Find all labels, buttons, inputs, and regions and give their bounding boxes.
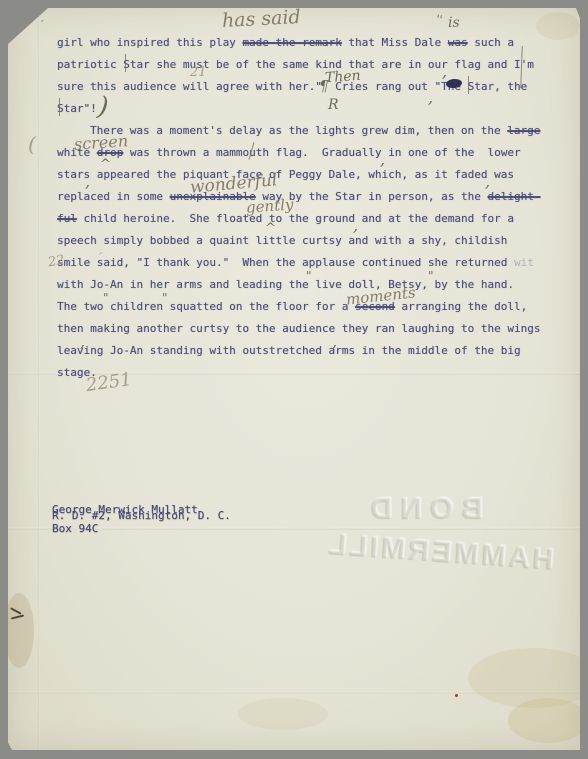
typed-text: stars appeared the piquant face of Peggy… <box>57 168 514 181</box>
inserted-comma: , <box>85 174 90 190</box>
inserted-comma: , <box>428 90 433 106</box>
typed-line: smile said, "I thank you." When the appl… <box>57 256 534 270</box>
inserted-comma: , <box>80 334 85 350</box>
capital-slash <box>59 98 60 116</box>
typed-text: such a <box>468 36 514 49</box>
typed-line: then making another curtsy to the audien… <box>57 322 540 336</box>
photo-background: BOND HAMMERMILL girl who inspired this p… <box>0 0 588 759</box>
inserted-quote: " <box>162 292 168 304</box>
handwritten-then: Then <box>325 69 362 85</box>
inserted-quote: " <box>428 270 434 282</box>
inserted-comma: , <box>442 64 447 80</box>
struck-text: delight- <box>487 190 540 203</box>
typed-text: leaving Jo-An standing with outstretched… <box>57 344 521 357</box>
typed-text: girl who inspired this play <box>57 36 242 49</box>
age-stain <box>508 698 580 743</box>
typed-text: Star"! <box>57 102 97 115</box>
typed-line: Star"! <box>57 102 97 116</box>
capital-slash <box>468 76 469 94</box>
pencil-tick: ´ <box>96 252 102 264</box>
inserted-quote: " <box>103 292 109 304</box>
handwritten-screen: screen <box>74 133 129 153</box>
pencil-paren: ( <box>28 134 36 154</box>
typed-text: arranging the doll, <box>395 300 527 313</box>
insert-ticks: '' <box>435 13 443 25</box>
typed-text: with Jo-An in her arms and leading the l… <box>57 278 514 291</box>
pencil-tick: ´ <box>38 20 44 31</box>
typed-line: with Jo-An in her arms and leading the l… <box>57 278 514 292</box>
typed-text: There was a moment's delay as the lights… <box>90 124 507 137</box>
struck-text: ful <box>57 212 77 225</box>
manuscript-page: BOND HAMMERMILL girl who inspired this p… <box>8 8 580 750</box>
struck-text: large <box>507 124 540 137</box>
struck-text: made the remark <box>242 36 341 49</box>
faded-text: wit <box>514 256 534 269</box>
insert-caret: ^ <box>100 158 111 171</box>
typed-line: speech simply bobbed a quaint little cur… <box>57 234 507 248</box>
pencil-number-21: 21 <box>190 66 207 79</box>
age-stain <box>536 12 580 40</box>
author-address-line: R. D. #2, Washington, D. C. <box>52 509 231 522</box>
typed-line: The two children squatted on the floor f… <box>57 300 527 314</box>
typed-text: smile said, "I thank you." When the appl… <box>57 256 514 269</box>
handwritten-has-said: has said <box>222 8 302 31</box>
pencil-number-2251: 2251 <box>85 371 133 395</box>
struck-text: was <box>448 36 468 49</box>
typed-line: replaced in some unexplainable way by th… <box>57 190 540 204</box>
typed-line: girl who inspired this play made the rem… <box>57 36 514 50</box>
stitch-stain <box>8 593 34 668</box>
typed-line: There was a moment's delay as the lights… <box>90 124 540 138</box>
typed-line: ful child heroine. She floated to the gr… <box>57 212 514 226</box>
inserted-comma: , <box>380 152 385 168</box>
typed-text: speech simply bobbed a quaint little cur… <box>57 234 507 247</box>
inserted-comma: , <box>353 218 358 234</box>
typed-text: then making another curtsy to the audien… <box>57 322 540 335</box>
age-stain <box>238 698 328 730</box>
pencil-paren: ) <box>96 93 110 120</box>
inserted-quote: " <box>306 270 312 282</box>
author-box-line: Box 94C <box>52 522 98 535</box>
typed-text: patriotic Star she must be of the same k… <box>57 58 534 71</box>
typed-line: leaving Jo-An standing with outstretched… <box>57 344 521 358</box>
typed-line: patriotic Star she must be of the same k… <box>57 58 534 72</box>
watermark-hammermill: HAMMERMILL <box>325 528 555 577</box>
handwritten-r: R <box>328 98 339 112</box>
paragraph-mark: ¶ <box>319 79 329 94</box>
inserted-comma: , <box>485 174 490 190</box>
typed-text: The two children squatted on the floor f… <box>57 300 355 313</box>
typed-line: stars appeared the piquant face of Peggy… <box>57 168 514 182</box>
handwritten-gently: gently <box>246 197 294 215</box>
watermark-bond: BOND <box>363 492 483 526</box>
pencil-number-22: 22 <box>47 254 66 270</box>
insert-caret: ^ <box>265 222 276 235</box>
red-speck <box>455 694 458 697</box>
inserted-comma: , <box>332 334 337 350</box>
typed-text: that Miss Dale <box>342 36 448 49</box>
handwritten-is: is <box>448 16 460 30</box>
edge-crease <box>38 8 40 750</box>
typed-text: child heroine. She floated to the ground… <box>77 212 514 225</box>
capital-slash <box>125 54 126 72</box>
typed-text: was thrown a mammouth flag. Gradually in… <box>123 146 520 159</box>
typed-text: replaced in some <box>57 190 170 203</box>
